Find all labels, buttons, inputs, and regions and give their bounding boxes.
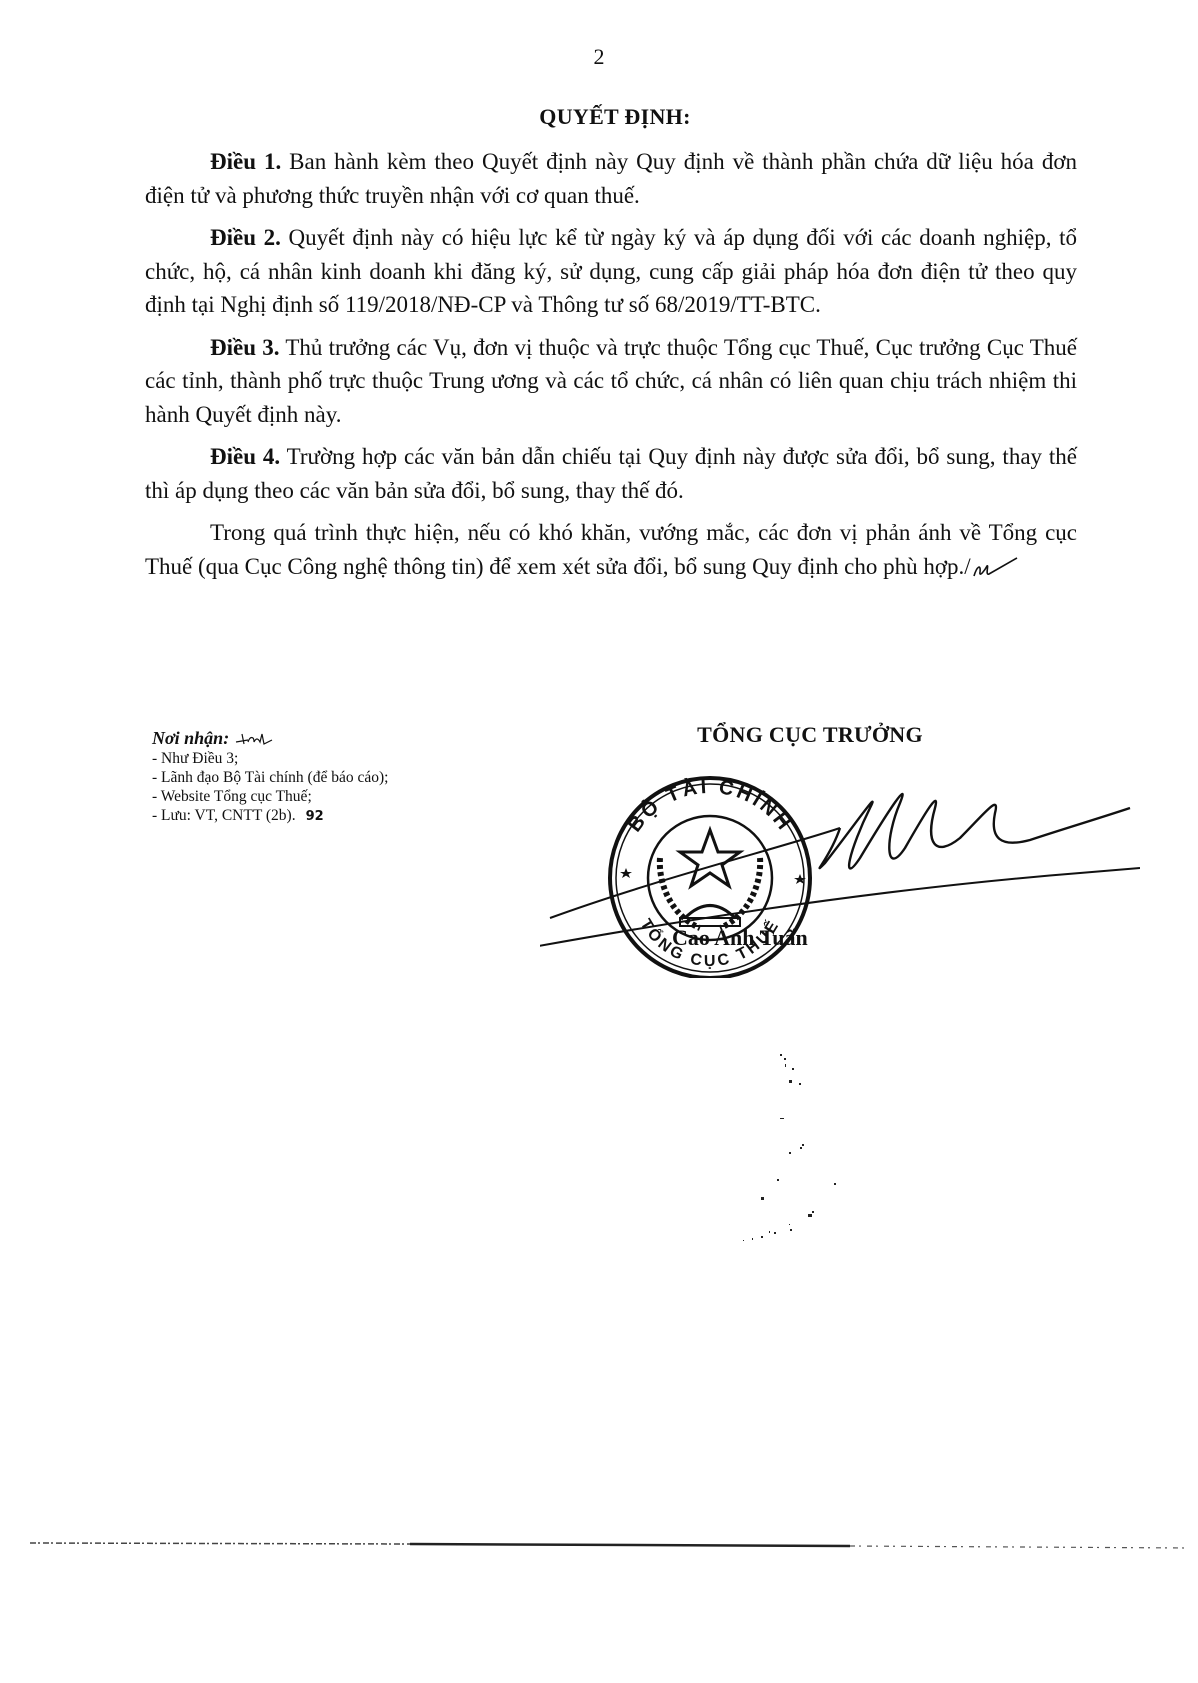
recipients-heading: Nơi nhận: — [152, 727, 512, 749]
scan-edge-line-decoration — [30, 1540, 1190, 1552]
article-3: Điều 3. Thủ trưởng các Vụ, đơn vị thuộc … — [145, 331, 1077, 432]
article-1: Điều 1. Ban hành kèm theo Quyết định này… — [145, 145, 1077, 212]
recipient-item: - Website Tổng cục Thuế; — [152, 787, 512, 806]
article-text: Trường hợp các văn bản dẫn chiếu tại Quy… — [145, 444, 1077, 503]
article-label: Điều 4. — [210, 444, 280, 469]
article-label: Điều 3. — [210, 335, 280, 360]
article-text: Thủ trưởng các Vụ, đơn vị thuộc và trực … — [145, 335, 1077, 427]
article-label: Điều 2. — [210, 225, 281, 250]
document-body: Điều 1. Ban hành kèm theo Quyết định này… — [145, 145, 1077, 592]
recipient-item: - Như Điều 3; — [152, 749, 512, 768]
page-number: 2 — [0, 44, 1198, 70]
recipients-block: Nơi nhận: - Như Điều 3; - Lãnh đạo Bộ Tà… — [152, 727, 512, 826]
article-2: Điều 2. Quyết định này có hiệu lực kể từ… — [145, 221, 1077, 322]
handwritten-initial-icon — [234, 730, 274, 746]
handwritten-mark: 92 — [306, 809, 324, 824]
article-text: Ban hành kèm theo Quyết định này Quy địn… — [145, 149, 1077, 208]
article-label: Điều 1. — [210, 149, 281, 174]
signer-name: Cao Anh Tuấn — [672, 925, 972, 951]
article-4: Điều 4. Trường hợp các văn bản dẫn chiếu… — [145, 440, 1077, 507]
closing-paragraph: Trong quá trình thực hiện, nếu có khó kh… — [145, 516, 1077, 583]
scan-specks-decoration — [700, 1040, 850, 1260]
signature-block: TỔNG CỤC TRƯỞNG — [640, 722, 980, 748]
recipient-item: - Lãnh đạo Bộ Tài chính (để báo cáo); — [152, 768, 512, 787]
signer-title: TỔNG CỤC TRƯỞNG — [640, 722, 980, 748]
closing-text: Trong quá trình thực hiện, nếu có khó kh… — [145, 520, 1077, 579]
recipient-item: - Lưu: VT, CNTT (2b).92 — [152, 806, 512, 826]
article-text: Quyết định này có hiệu lực kể từ ngày ký… — [145, 225, 1077, 317]
initial-mark-icon — [971, 556, 1021, 580]
recipients-list: - Như Điều 3; - Lãnh đạo Bộ Tài chính (đ… — [152, 749, 512, 826]
document-title: QUYẾT ĐỊNH: — [145, 104, 1085, 130]
